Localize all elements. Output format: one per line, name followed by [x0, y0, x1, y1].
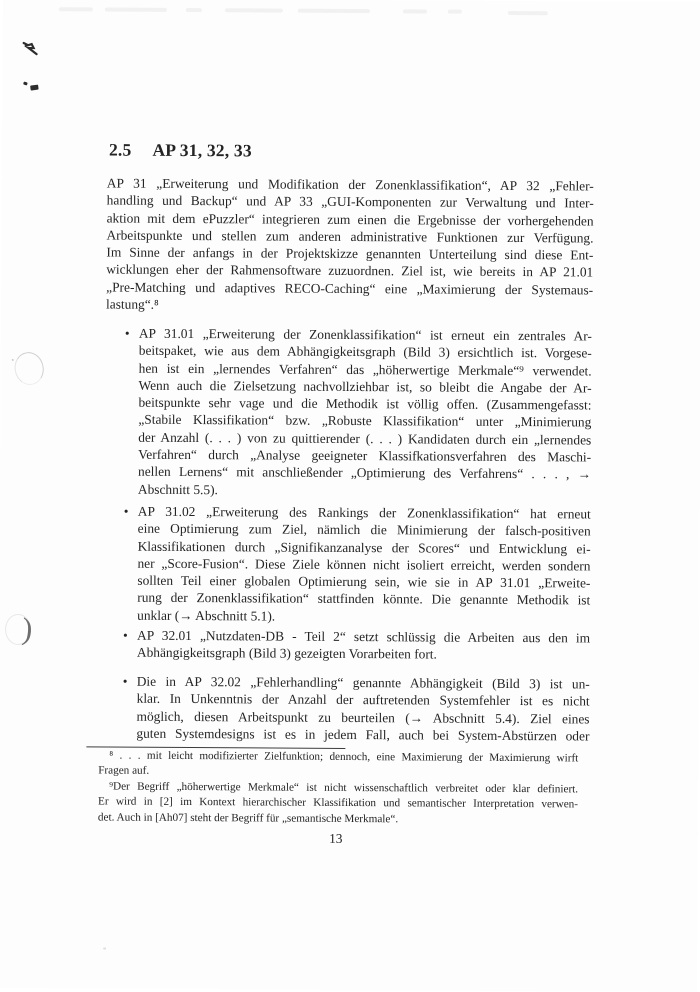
intro-paragraph: AP 31 „Erweiterung und Modifikation der … — [106, 175, 594, 316]
pencil-circle-mark — [12, 349, 47, 387]
text-line: lastung“.⁸ — [106, 296, 593, 316]
footnote-8: ⁸ . . . mit leicht modifizierter Zielfun… — [98, 748, 578, 782]
document-page: ) 2.5AP 31, 32, 33 AP 31 „Erweiterung un… — [0, 0, 700, 992]
bullet-icon: • — [123, 673, 128, 690]
bullet-item-ap32-02: • Die in AP 32.02 „Fehlerhandling“ genan… — [136, 673, 589, 745]
bullet-icon: • — [124, 503, 129, 520]
section-heading: 2.5AP 31, 32, 33 — [109, 140, 252, 162]
section-number: 2.5 — [109, 140, 132, 161]
text-line: beitspaket, wie aus dem Abhängigkeitsgra… — [139, 342, 592, 362]
scan-bleedthrough-mark — [225, 8, 283, 12]
bullet-icon: • — [125, 325, 130, 342]
scan-bleedthrough-mark — [448, 10, 462, 14]
scan-bleedthrough-mark — [59, 7, 93, 11]
text-line: eine Optimierung zum Ziel, nämlich die M… — [138, 520, 591, 540]
text-line: Abhängigkeitsgraph (Bild 3) gezeigten Vo… — [137, 644, 590, 664]
text-line: unklar (→ Abschnitt 5.1). — [137, 606, 590, 626]
scan-bleedthrough-mark — [186, 8, 202, 12]
text-line: det. Auch in [Ah07] steht der Begriff fü… — [98, 810, 578, 828]
bullet-item-ap31-01: • AP 31.01 „Erweiterung der Zonenklassif… — [138, 325, 592, 501]
scan-bleedthrough-mark — [298, 9, 370, 13]
bullet-item-ap31-02: • AP 31.02 „Erweiterung des Rankings der… — [137, 503, 591, 627]
bullet-item-ap32-01: • AP 32.01 „Nutzdaten-DB - Teil 2“ setzt… — [137, 627, 590, 664]
section-title: AP 31, 32, 33 — [152, 140, 251, 161]
text-line: guten Systemdesigns ist es in jedem Fall… — [136, 725, 589, 745]
scan-bleedthrough-mark — [403, 9, 427, 13]
scan-bleedthrough-mark — [105, 7, 167, 11]
page-number: 13 — [98, 829, 574, 848]
bullet-icon: • — [123, 627, 128, 644]
footnote-9: ⁹Der Begriff „höherwertige Merkmale“ ist… — [98, 779, 578, 828]
pencil-dot-mark — [12, 359, 14, 361]
text-line: Abschnitt 5.5). — [138, 480, 591, 500]
ink-speck-mark — [103, 948, 106, 950]
scan-bleedthrough-mark — [508, 11, 548, 15]
ink-scribble-mark — [22, 40, 44, 63]
text-line: „Pre-Matching und adaptives RECO-Caching… — [106, 278, 593, 298]
ink-speck-mark — [30, 85, 39, 91]
ink-speck-mark — [23, 81, 28, 85]
pencil-paren-mark: ) — [21, 611, 34, 648]
text-line: klar. In Unkenntnis der Anzahl der auftr… — [137, 690, 590, 710]
